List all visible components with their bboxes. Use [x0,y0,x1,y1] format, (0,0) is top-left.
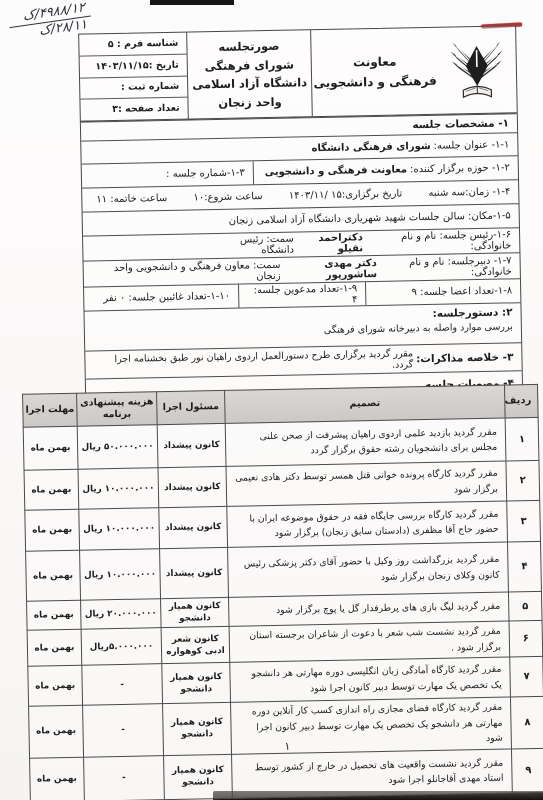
resolution-cost: ۵.۰۰۰.۰۰۰ریال [81,628,162,666]
resolution-deadline: بهمن ماه [27,600,82,630]
chair-name: دکتراحمد نقیلو [294,232,363,255]
resolution-decision: مقرر گردید نشست واقعیت های تحصیل در خارج… [232,748,513,797]
form-reg-no-field: شماره ثبت : [80,75,187,99]
resolution-number: ۶ [509,620,543,657]
resolution-deadline: بهمن ماه [23,426,78,470]
resolution-number: ۹ [511,748,543,793]
resolution-cost: - [82,664,163,706]
members-count: ۱-۸-تعداد اعضا جلسه: ۹ [366,279,520,305]
iau-university-logo [437,33,516,106]
resolution-number: ۲ [506,460,540,501]
summary-text: مقرر گردید برگزاری طرح دستورالعمل اردوی … [93,348,413,376]
chair-label: ۱-۶-رئیس جلسه: نام و نام خانوادگی: [366,229,512,254]
resolution-cost: ۱۰.۰۰۰.۰۰۰ ریال [78,468,159,510]
date-label: تاریخ برگزاری:۱۵ /۱۴۰۳/۱۱ [289,188,403,201]
host-label: ۱-۲- حوزه برگزار کننده: [410,162,510,175]
resolution-cost: ۱۰.۰۰۰.۰۰۰ ریال [80,549,161,601]
absentees-count: ۱-۱۰-تعداد غائبین جلسه: ۰ نفر [84,285,239,311]
resolution-number: ۵ [508,591,542,621]
letterhead-dept-cell: معاونت فرهنگی و دانشجویی [310,26,517,116]
resolution-decision: مقرر گردید بزرگداشت روز وکیل با حضور آقا… [228,542,509,597]
scanned-page: ۴۹۸۸/۱۲/ک ۲۸/۱۱/ک [0,0,543,800]
col-decision: تصمیم [225,385,506,423]
resolution-decision: مقرر گردید کارگاه پرونده خوانی قتل همسر … [226,461,507,506]
document-title-line4: واحد زنجان [188,92,311,113]
resolution-number: ۷ [510,656,543,697]
resolution-number: ۴ [507,541,541,592]
document-title-line3: دانشگاه آزاد اسلامی [188,73,311,94]
meeting-title-label: ۱-۱- عنوان جلسه: [434,139,510,151]
resolution-deadline: بهمن ماه [27,629,82,666]
col-proposed-cost: هزینه پیشنهادی برنامه [77,392,158,427]
resolution-deadline: بهمن ماه [24,469,79,510]
end-time-label: ساعت خاتمه: ۱۱ [96,193,167,205]
meeting-title-value: شورای فرهنگی دانشگاه [311,140,430,153]
resolution-executor: کانون پیشداد [160,547,229,598]
col-deadline: مهلت اجرا [23,393,78,427]
summary-heading: ۳- خلاصه مذاکرات: [416,351,514,365]
resolution-number: ۱ [505,417,539,461]
resolution-decision: مقرر گردید کارگاه آمادگی زبان انگلیسی دو… [230,657,511,702]
start-time-label: ساعت شروع:۱۰ [193,191,262,203]
secretary-label: ۱-۷- دبیرجلسه: نام و نام خانوادگی: [380,255,512,280]
form-date-field: تاریخ :۱۴۰۳/۱۱/۱۵ [80,53,187,77]
resolution-number: ۳ [507,500,541,542]
resolution-executor: کانون پیشداد [157,423,226,467]
form-id-field: شناسه فرم : ۵ [79,33,186,56]
document-title: صورتجلسه شورای فرهنگی دانشگاه آزاد اسلام… [186,30,312,118]
resolution-executor: کانون پیشداد [159,506,228,548]
resolution-deadline: بهمن ماه [28,665,83,706]
resolution-deadline: بهمن ماه [25,509,80,551]
resolution-decision: مقرر گردید کارگاه بررسی جایگاه فقه در حق… [227,501,508,547]
secretary-position: سمت: معاون فرهنگی و دانشجویی واحد زنجان [106,259,281,284]
resolution-cost: ۲۰.۰۰۰.۰۰۰ ریال [81,599,162,630]
resolution-executor: کانون همیار دانشجو [164,754,233,799]
dept-title-line2: فرهنگی و دانشجویی [312,71,438,93]
form-pages-field: تعداد صفحه :۳ [80,97,187,121]
resolution-deadline: بهمن ماه [30,757,85,800]
resolution-executor: کانون پیشداد [158,466,227,507]
resolution-cost: ۱۰.۰۰۰.۰۰۰ ریال [79,508,160,551]
col-executor: مسئول اجرا [157,390,226,424]
host-value: معاونت فرهنگی و دانشجویی [265,164,408,178]
col-row-number: ردیف [504,384,538,418]
resolution-cost: - [84,755,165,800]
resolution-cost: ۵۰.۰۰۰.۰۰۰ ریال [77,425,158,470]
document-title-line1: صورتجلسه [187,36,310,57]
chair-position: سمت: رئیس دانشگاه [209,234,294,258]
resolution-decision: مقرر گردید نشست شب شعر با دعوت از شاعران… [229,621,510,662]
document-title-line2: شورای فرهنگی [188,55,311,76]
dept-title-line1: معاونت [312,51,438,73]
invitees-count: ۱-۹-تعداد مدعوین جلسه: ۴ [239,282,367,307]
resolution-decision: مقرر گردید بازدید علمی اردوی راهیان پیشر… [225,418,506,466]
letterhead: معاونت فرهنگی و دانشجویی صورتجلسه شورای … [79,26,517,121]
resolution-deadline: بهمن ماه [26,550,81,601]
time-label: ۱-۴- زمان:سه شنبه [428,186,510,199]
resolution-executor: کانون شعر ادبی کوهواره [161,626,230,663]
session-no-cell: ۱-۳-شماره جلسه : [82,161,254,187]
resolution-executor: کانون همیار دانشجو [162,662,231,703]
document-main-box: معاونت فرهنگی و دانشجویی صورتجلسه شورای … [78,25,523,404]
secretary-name: دکتر مهدی ساشورپور [280,257,377,281]
resolution-executor: کانون همیار دانشجو [161,597,230,627]
form-meta: شناسه فرم : ۵ تاریخ :۱۴۰۳/۱۱/۱۵ شماره ثب… [79,33,188,121]
